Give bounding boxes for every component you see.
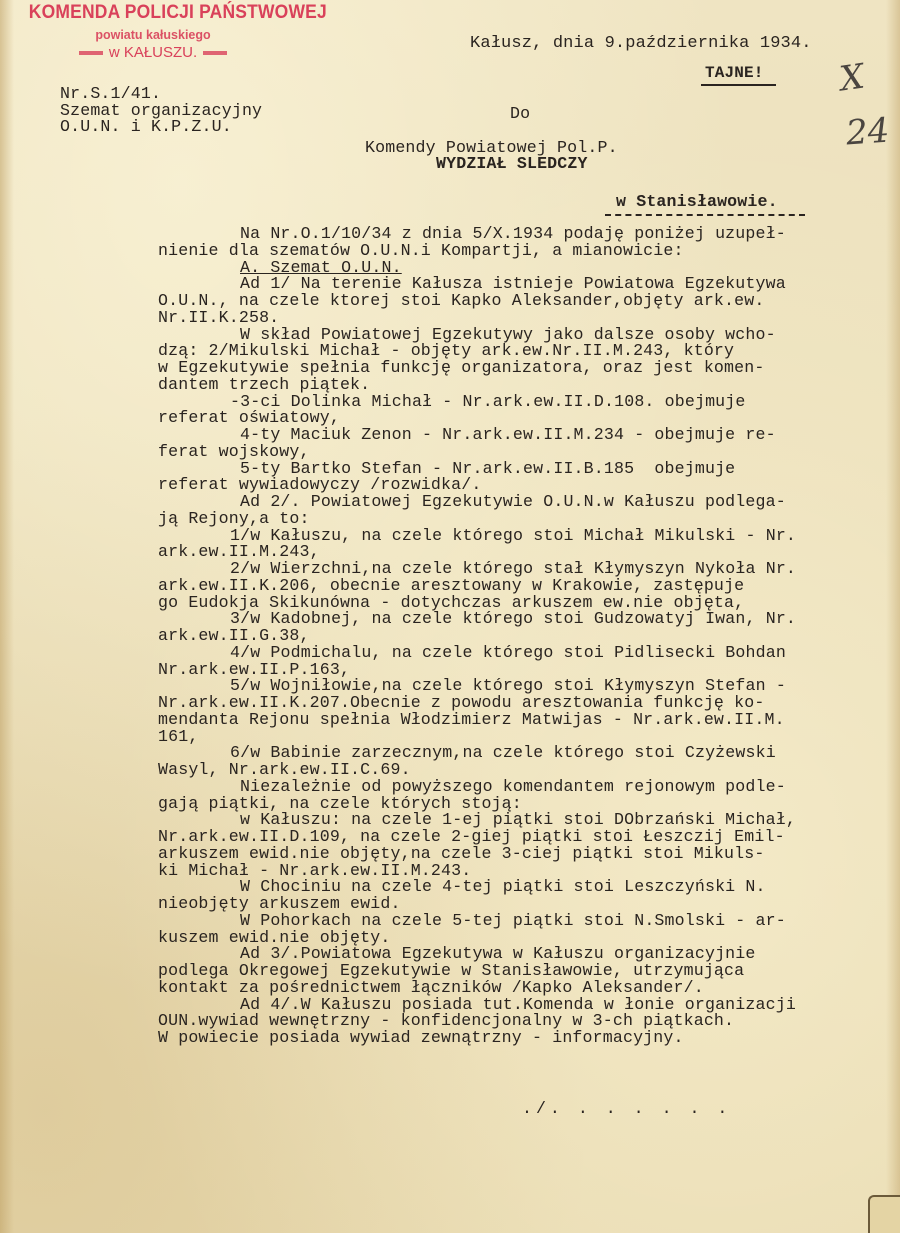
torn-corner xyxy=(868,1195,900,1233)
addressee-block: Komendy Powiatowej Pol.P.WYDZIAŁ SLEDCZY xyxy=(365,140,618,172)
addressee-rule xyxy=(605,214,805,216)
handwritten-number: 24 xyxy=(845,111,891,154)
document-body: Na Nr.O.1/10/34 z dnia 5/X.1934 podaję p… xyxy=(158,226,900,1047)
stamp-dash-icon xyxy=(79,51,103,55)
paper-edge-left xyxy=(0,0,14,1233)
body-line: W Pohorkach na czele 5-tej piątki stoi N… xyxy=(158,913,900,930)
body-line: ją Rejony,a to: xyxy=(158,511,900,528)
addressee-city: w Stanisławowie. xyxy=(616,192,778,211)
body-line: kontakt za pośrednictwem łączników /Kapk… xyxy=(158,980,900,997)
stamp-line-1: KOMENDA POLICJI PAŃSTWOWEJ xyxy=(29,2,277,24)
body-line: mendanta Rejonu spełnia Włodzimierz Matw… xyxy=(158,712,900,729)
continuation-mark: ./. . . . . . . xyxy=(522,1099,731,1118)
body-line: ferat wojskowy, xyxy=(158,444,900,461)
body-line: W powiecie posiada wywiad zewnątrzny - i… xyxy=(158,1030,900,1047)
reference-subject-line-2: O.U.N. i K.P.Z.U. xyxy=(60,119,262,136)
body-line: Nr.II.K.258. xyxy=(158,310,900,327)
stamp-city: w KAŁUSZU. xyxy=(109,44,197,61)
stamp-dash-icon xyxy=(203,51,227,55)
reference-block: Nr.S.1/41.Szemat organizacyjnyO.U.N. i K… xyxy=(60,86,262,136)
place-and-date: Kałusz, dnia 9.października 1934. xyxy=(470,34,812,53)
classification-label: TAJNE! xyxy=(701,64,776,86)
body-line: dantem trzech piątek. xyxy=(158,377,900,394)
stamp-line-3: w KAŁUSZU. xyxy=(18,44,288,61)
addressee-unit: WYDZIAŁ SLEDCZY xyxy=(365,156,618,172)
body-line: ark.ew.II.K.206, obecnie aresztowany w K… xyxy=(158,578,900,595)
addressee-to: Do xyxy=(510,104,530,123)
police-stamp: KOMENDA POLICJI PAŃSTWOWEJ powiatu kałus… xyxy=(18,2,288,61)
body-line: nienie dla szematów O.U.N.i Kompartji, a… xyxy=(158,243,900,260)
body-line: Niezależnie od powyższego komendantem re… xyxy=(158,779,900,796)
stamp-line-2: powiatu kałuskiego xyxy=(18,28,288,42)
body-line: arkuszem ewid.nie objęty,na czele 3-ciej… xyxy=(158,846,900,863)
body-line: 4/w Podmichalu, na czele którego stoi Pi… xyxy=(158,645,900,662)
